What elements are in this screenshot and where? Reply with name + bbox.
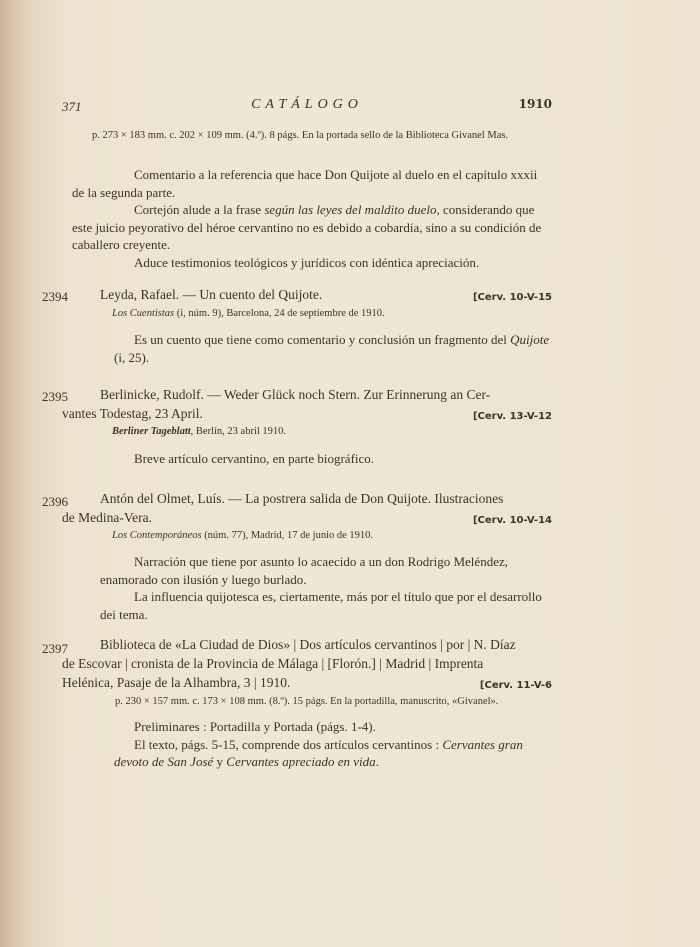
desc-paragraph: Narración que tiene por asunto lo acaeci…	[100, 553, 552, 588]
entry-title-cont: de Medina-Vera.	[62, 510, 152, 525]
entry-description: Es un cuento que tiene como comentario y…	[114, 331, 552, 366]
note-text: Comentario a la referencia que hace Don …	[72, 167, 537, 200]
header-year: 1910	[519, 97, 552, 111]
source-details: (i, núm. 9), Barcelona, 24 de septiembre…	[174, 308, 385, 319]
entry-title-line: de Escovar | cronista de la Provincia de…	[62, 654, 552, 673]
note-paragraph: Comentario a la referencia que hace Don …	[72, 166, 552, 201]
entry-title-line: Biblioteca de «La Ciudad de Dios» | Dos …	[100, 635, 552, 654]
shelf-signature: [Cerv. 13-V-12	[473, 407, 552, 426]
source-details: , Berlín, 23 abril 1910.	[191, 426, 286, 437]
desc-paragraph: Breve artículo cervantino, en parte biog…	[114, 450, 552, 468]
entry-heading: Leyda, Rafael. — Un cuento del Quijote. …	[100, 285, 552, 307]
entry-title-line: vantes Todestag, 23 April.[Cerv. 13-V-12	[62, 404, 552, 423]
article-title: Cervantes apreciado en vida	[226, 754, 375, 769]
source-title: Los Contemporáneos	[112, 530, 202, 541]
book-page: 371 CATÁLOGO 1910 p. 273 × 183 mm. c. 20…	[0, 0, 700, 947]
source-details: (núm. 77), Madrid, 17 de junio de 1910.	[202, 530, 373, 541]
entry-source: Los Contemporáneos (núm. 77), Madrid, 17…	[112, 530, 564, 541]
note-paragraph: Aduce testimonios teológicos y jurídicos…	[72, 254, 552, 272]
entry-source: Los Cuentistas (i, núm. 9), Barcelona, 2…	[112, 308, 564, 319]
note-paragraph: Cortejón alude a la frase según las leye…	[72, 201, 552, 254]
desc-text: El texto, págs. 5-15, comprende dos artí…	[134, 737, 442, 752]
continuation-physical-description: p. 273 × 183 mm. c. 202 × 109 mm. (4.º).…	[62, 128, 552, 144]
entry-title-line: Berlinicke, Rudolf. — Weder Glück noch S…	[100, 385, 552, 404]
entry-physical-description: p. 230 × 157 mm. c. 173 × 108 mm. (8.º).…	[115, 696, 567, 707]
desc-paragraph: La influencia quijotesca es, ciertamente…	[100, 588, 552, 623]
source-title: Berliner Tageblatt	[112, 426, 191, 437]
entry-heading: Biblioteca de «La Ciudad de Dios» | Dos …	[100, 635, 552, 695]
entry-description: Preliminares : Portadilla y Portada (pág…	[114, 718, 552, 771]
entry-number: 2395	[42, 389, 68, 405]
shelf-signature: [Cerv. 10-V-15	[473, 288, 552, 307]
entry-description: Breve artículo cervantino, en parte biog…	[114, 450, 552, 468]
running-title: CATÁLOGO	[62, 97, 552, 113]
entry-title-line: Antón del Olmet, Luís. — La postrera sal…	[100, 489, 552, 508]
shelf-signature: [Cerv. 11-V-6	[480, 676, 552, 695]
desc-paragraph: El texto, págs. 5-15, comprende dos artí…	[114, 736, 552, 771]
continuation-notes: Comentario a la referencia que hace Don …	[62, 166, 552, 271]
entry-title-line: de Medina-Vera.[Cerv. 10-V-14	[62, 508, 552, 527]
desc-paragraph: Preliminares : Portadilla y Portada (pág…	[114, 718, 552, 736]
entry-title-cont: Helénica, Pasaje de la Alhambra, 3 | 191…	[62, 675, 290, 690]
source-title: Los Cuentistas	[112, 308, 174, 319]
entry-description: Narración que tiene por asunto lo acaeci…	[100, 553, 552, 623]
entry-title: Leyda, Rafael. — Un cuento del Quijote.	[100, 287, 322, 302]
desc-text: y	[213, 754, 226, 769]
desc-text: .	[376, 754, 379, 769]
entry-title-line: Helénica, Pasaje de la Alhambra, 3 | 191…	[62, 673, 552, 692]
entry-number: 2394	[42, 289, 68, 305]
entry-source: Berliner Tageblatt, Berlín, 23 abril 191…	[112, 426, 564, 437]
desc-paragraph: Es un cuento que tiene como comentario y…	[114, 331, 552, 366]
quoted-phrase: según las leyes del maldito duelo	[264, 202, 436, 217]
entry-title-cont: vantes Todestag, 23 April.	[62, 406, 203, 421]
shelf-signature: [Cerv. 10-V-14	[473, 511, 552, 530]
page-header: 371 CATÁLOGO 1910	[62, 97, 552, 117]
entry-heading: Berlinicke, Rudolf. — Weder Glück noch S…	[100, 385, 552, 426]
entry-heading: Antón del Olmet, Luís. — La postrera sal…	[100, 489, 552, 530]
